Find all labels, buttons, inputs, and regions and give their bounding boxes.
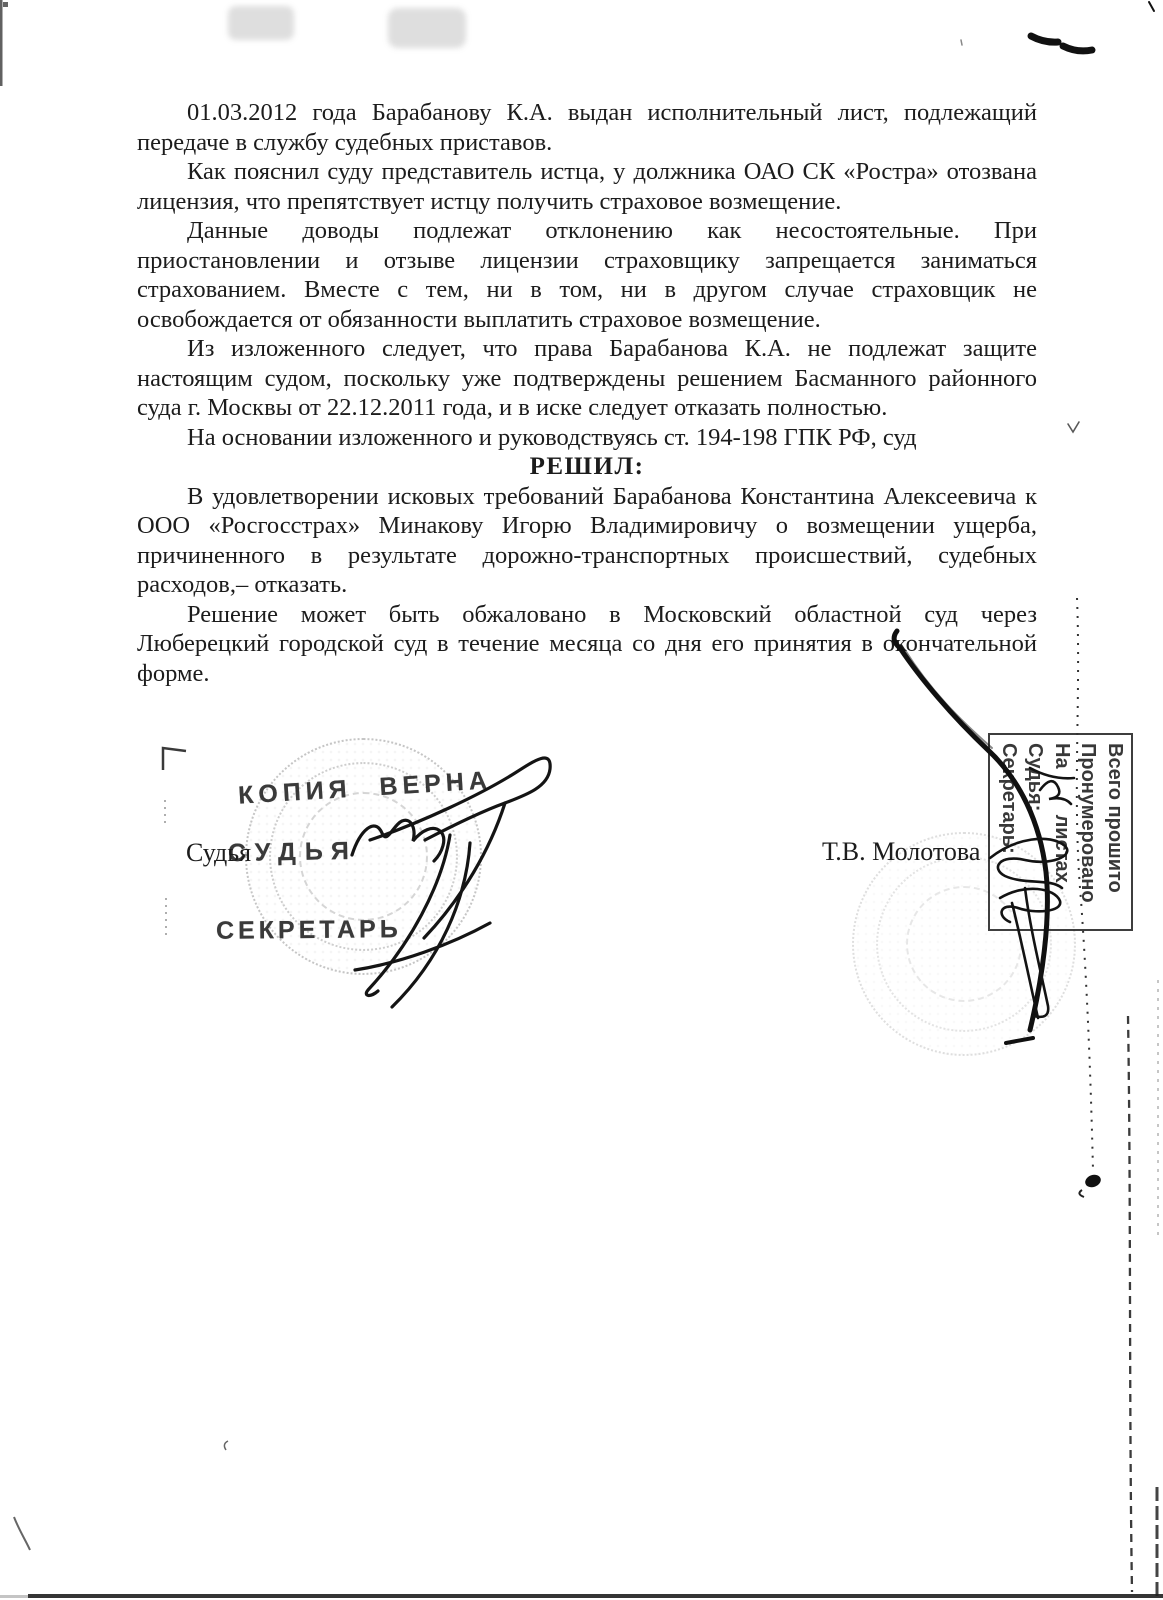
paragraph-1: 01.03.2012 года Барабанову К.А. выдан ис…: [137, 98, 1037, 157]
scan-smudge: [228, 6, 294, 40]
scanned-document-page: 01.03.2012 года Барабанову К.А. выдан ис…: [0, 0, 1163, 1600]
binding-stamp-line1: Всего прошито: [1102, 743, 1129, 921]
right-margin-tick: [1068, 422, 1079, 432]
document-body: 01.03.2012 года Барабанову К.А. выдан ис…: [137, 98, 1037, 688]
stray-marks: [14, 1441, 228, 1550]
binding-stamp-line4: Судья:: [1022, 743, 1049, 921]
decision-heading: РЕШИЛ:: [137, 452, 1037, 482]
scan-smudge: [388, 8, 466, 48]
paragraph-6: В удовлетворении исковых требований Бара…: [137, 482, 1037, 600]
binding-stamp-line5: Секретарь:: [996, 743, 1023, 921]
paragraph-7: Решение может быть обжаловано в Московск…: [137, 600, 1037, 689]
judge-stamp: СУДЬЯ: [228, 837, 358, 868]
paragraph-4: Из изложенного следует, что права Бараба…: [137, 334, 1037, 423]
binding-stamp-box: Всего прошито Пронумеровано Налистах Суд…: [988, 733, 1133, 931]
paragraph-2: Как пояснил суду представитель истца, у …: [137, 157, 1037, 216]
binding-stamp-line2: Пронумеровано: [1075, 743, 1102, 921]
paragraph-3: Данные доводы подлежат отклонению как не…: [137, 216, 1037, 334]
binding-stamp: Всего прошито Пронумеровано Налистах Суд…: [988, 733, 1133, 931]
ink-blob: [1083, 1173, 1102, 1190]
judge-name: Т.В. Молотова: [822, 837, 980, 867]
secretary-stamp: СЕКРЕТАРЬ: [216, 915, 402, 946]
paragraph-5: На основании изложенного и руководствуяс…: [137, 423, 1037, 453]
corner-bracket-mark: [163, 748, 186, 938]
binding-stamp-line3: Налистах: [1049, 743, 1076, 921]
